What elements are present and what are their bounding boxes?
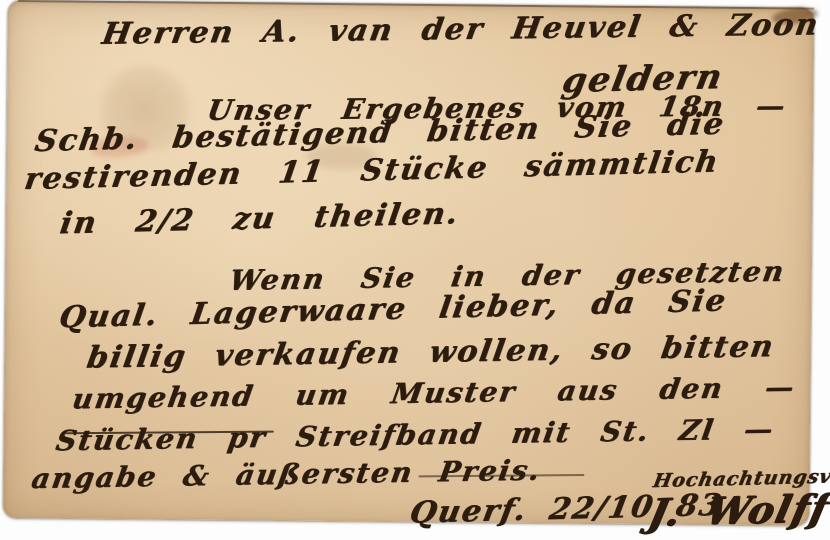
- handwriting-line-addressee: Herren A. van der Heuvel & Zoon: [100, 7, 823, 51]
- handwriting-line: billig verkaufen wollen, so bitten: [84, 329, 777, 375]
- signature: J. Wolff: [645, 485, 830, 535]
- postcard: Herren A. van der Heuvel & Zoon geldern …: [3, 0, 814, 526]
- handwriting-line: umgehend um Muster aus den —: [70, 370, 798, 415]
- handwriting-line: Qual. Lagerwaare lieber, da Sie: [57, 283, 730, 335]
- postcard-photo: Herren A. van der Heuvel & Zoon geldern …: [0, 0, 830, 540]
- handwriting-line: in 2/2 zu theilen.: [58, 196, 462, 241]
- handwriting-line: Stücken pr Streifband mit St. Zl —: [54, 412, 777, 457]
